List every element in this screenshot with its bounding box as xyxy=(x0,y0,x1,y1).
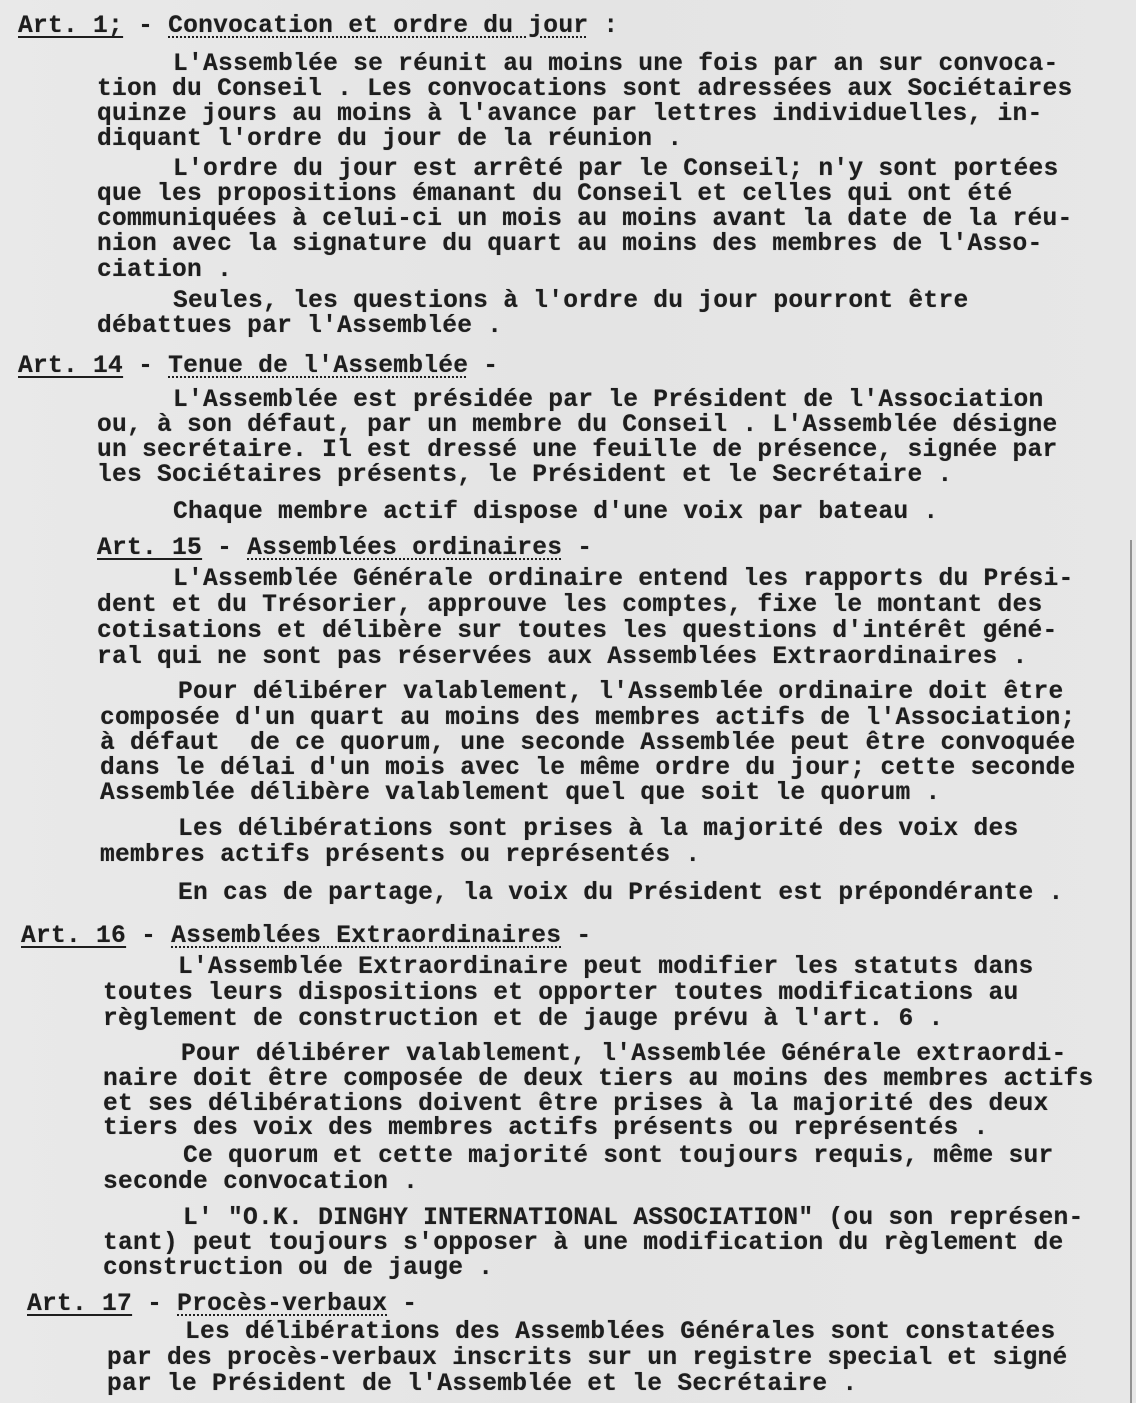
heading-separator: - xyxy=(202,535,247,562)
paragraph-line: membres actifs présents ou représentés . xyxy=(100,843,700,869)
article-title: Tenue de l'Assemblée xyxy=(168,353,468,380)
heading-separator: - xyxy=(132,1291,177,1318)
paragraph-line: En cas de partage, la voix du Président … xyxy=(178,881,1064,907)
paragraph-line: ou, à son défaut, par un membre du Conse… xyxy=(97,413,1058,439)
paragraph-line: Seules, les questions à l'ordre du jour … xyxy=(173,289,968,315)
article-title: Procès-verbaux xyxy=(177,1291,387,1318)
article-13-heading: Art. 1; - Convocation et ordre du jour : xyxy=(18,14,618,40)
page-edge-line xyxy=(1130,540,1132,1403)
paragraph-line: Pour délibérer valablement, l'Assemblée … xyxy=(178,680,1064,706)
article-16-heading: Art. 16 - Assemblées Extraordinaires - xyxy=(21,924,591,950)
article-17-heading: Art. 17 - Procès-verbaux - xyxy=(27,1292,417,1318)
paragraph-line: ral qui ne sont pas réservées aux Assemb… xyxy=(97,645,1028,671)
heading-suffix: - xyxy=(561,923,591,950)
article-15-heading: Art. 15 - Assemblées ordinaires - xyxy=(97,536,592,562)
paragraph-line: Chaque membre actif dispose d'une voix p… xyxy=(173,500,938,526)
paragraph-line: par le Président de l'Assemblée et le Se… xyxy=(107,1372,857,1398)
article-14-heading: Art. 14 - Tenue de l'Assemblée - xyxy=(18,354,498,380)
paragraph-line: règlement de construction et de jauge pr… xyxy=(103,1007,944,1033)
article-number: Art. 16 xyxy=(21,923,126,950)
paragraph-line: L'Assemblée Extraordinaire peut modifier… xyxy=(178,955,1034,981)
article-title: Assemblées Extraordinaires xyxy=(171,923,561,950)
paragraph-line: L'ordre du jour est arrêté par le Consei… xyxy=(173,157,1059,183)
paragraph-line: L'Assemblée Générale ordinaire entend le… xyxy=(173,567,1074,593)
paragraph-line: quinze jours au moins à l'avance par let… xyxy=(97,102,1043,128)
paragraph-line: dent et du Trésorier, approuve les compt… xyxy=(97,593,1043,619)
paragraph-line: L'Assemblée est présidée par le Présiden… xyxy=(173,388,1044,414)
paragraph-line: Pour délibérer valablement, l'Assemblée … xyxy=(181,1042,1067,1068)
paragraph-line: diquant l'ordre du jour de la réunion . xyxy=(97,127,682,153)
paragraph-line: ciation . xyxy=(97,258,232,284)
article-number: Art. 1; xyxy=(18,13,123,40)
paragraph-line: que les propositions émanant du Conseil … xyxy=(97,182,1013,208)
article-title: Convocation et ordre du jour xyxy=(168,13,588,40)
paragraph-line: communiquées à celui-ci un mois au moins… xyxy=(97,207,1073,233)
paragraph-line: un secrétaire. Il est dressé une feuille… xyxy=(97,438,1058,464)
article-number: Art. 15 xyxy=(97,535,202,562)
paragraph-line: Ce quorum et cette majorité sont toujour… xyxy=(183,1144,1054,1170)
paragraph-line: débattues par l'Assemblée . xyxy=(97,314,502,340)
article-number: Art. 17 xyxy=(27,1291,132,1318)
paragraph-line: par des procès-verbaux inscrits sur un r… xyxy=(107,1346,1068,1372)
paragraph-line: composée d'un quart au moins des membres… xyxy=(100,706,1076,732)
paragraph-line: naire doit être composée de deux tiers a… xyxy=(103,1067,1094,1093)
heading-suffix: - xyxy=(387,1291,417,1318)
heading-separator: - xyxy=(123,353,168,380)
heading-suffix: : xyxy=(588,13,618,40)
heading-separator: - xyxy=(123,13,168,40)
article-title: Assemblées ordinaires xyxy=(247,535,562,562)
paragraph-line: nion avec la signature du quart au moins… xyxy=(97,232,1043,258)
article-number: Art. 14 xyxy=(18,353,123,380)
heading-suffix: - xyxy=(468,353,498,380)
paragraph-line: tiers des voix des membres actifs présen… xyxy=(103,1116,989,1142)
paragraph-line: Les délibérations des Assemblées Général… xyxy=(185,1320,1056,1346)
paragraph-line: seconde convocation . xyxy=(103,1170,418,1196)
paragraph-line: tant) peut toujours s'opposer à une modi… xyxy=(103,1231,1064,1257)
heading-suffix: - xyxy=(562,535,592,562)
paragraph-line: L'Assemblée se réunit au moins une fois … xyxy=(173,52,1059,78)
paragraph-line: construction ou de jauge . xyxy=(103,1256,493,1282)
paragraph-line: L' "O.K. DINGHY INTERNATIONAL ASSOCIATIO… xyxy=(183,1206,1084,1232)
paragraph-line: dans le délai d'un mois avec le même ord… xyxy=(100,756,1076,782)
paragraph-line: Les délibérations sont prises à la major… xyxy=(178,817,1019,843)
paragraph-line: Assemblée délibère valablement quel que … xyxy=(100,781,941,807)
paragraph-line: cotisations et délibère sur toutes les q… xyxy=(97,619,1058,645)
paragraph-line: tion du Conseil . Les convocations sont … xyxy=(97,77,1073,103)
scanned-document-page: Art. 1; - Convocation et ordre du jour :… xyxy=(0,0,1136,1403)
paragraph-line: à défaut de ce quorum, une seconde Assem… xyxy=(100,731,1076,757)
paragraph-line: les Sociétaires présents, le Président e… xyxy=(97,463,953,489)
paragraph-line: toutes leurs dispositions et opporter to… xyxy=(103,981,1019,1007)
heading-separator: - xyxy=(126,923,171,950)
